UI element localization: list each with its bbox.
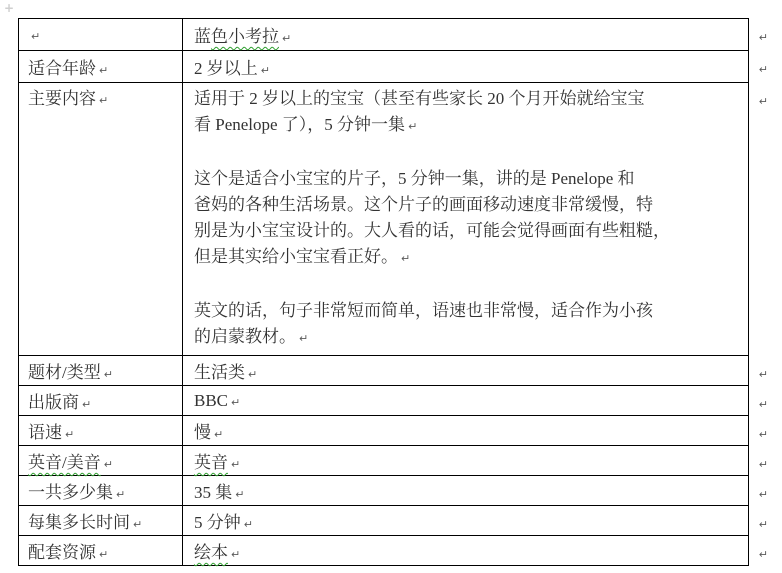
row-value-cell-main-content[interactable]: 适用于 2 岁以上的宝宝（甚至有些家长 20 个月开始就给宝宝 看 Penelo… <box>182 83 748 356</box>
text-segment: 适用于 2 岁以上的宝宝（甚至有些家长 20 个月开始就给宝宝 看 Penelo… <box>194 89 645 134</box>
table-row-episode-count: 一共多少集↵35 集↵↵ <box>19 476 782 506</box>
row-label-cell-title[interactable]: ↵ <box>19 19 183 51</box>
text-segment: 英文的话，句子非常短而简单，语速也非常慢，适合作为小孩 的启蒙教材。 <box>194 301 653 346</box>
end-of-row-mark: ↵ <box>759 428 768 441</box>
row-value-cell-title[interactable]: 蓝色小考拉↵ <box>182 19 748 51</box>
outside-row-gutter: ↵ <box>748 476 781 506</box>
end-of-cell-mark: ↵ <box>248 368 257 381</box>
outside-row-gutter: ↵ <box>748 536 781 566</box>
text-segment: 慢 <box>194 423 211 442</box>
end-of-cell-mark: ↵ <box>82 398 91 411</box>
row-label-cell-publisher[interactable]: 出版商↵ <box>19 386 183 416</box>
paragraph-mark: ↵ <box>299 332 308 345</box>
end-of-cell-mark: ↵ <box>261 64 270 77</box>
row-label-cell-suitable-age[interactable]: 适合年龄↵ <box>19 51 183 83</box>
text-segment: 这个是适合小宝宝的片子，5 分钟一集，讲的是 Penelope 和 爸妈的各种生… <box>194 169 670 266</box>
end-of-row-mark: ↵ <box>759 398 768 411</box>
text-segment: 语速 <box>28 423 62 442</box>
row-label-cell-main-content[interactable]: 主要内容↵ <box>19 83 183 356</box>
row-value-cell-genre-type[interactable]: 生活类↵ <box>182 356 748 386</box>
end-of-cell-mark: ↵ <box>31 30 40 43</box>
spellcheck-flagged-text: 色小考拉 <box>211 27 279 46</box>
outside-row-gutter: ↵ <box>748 506 781 536</box>
paragraph-mark: ↵ <box>408 120 417 133</box>
spellcheck-flagged-text: 英音/美音 <box>28 453 101 472</box>
end-of-cell-mark: ↵ <box>104 368 113 381</box>
table-row-main-content: 主要内容↵适用于 2 岁以上的宝宝（甚至有些家长 20 个月开始就给宝宝 看 P… <box>19 83 782 356</box>
row-value-cell-publisher[interactable]: BBC↵ <box>182 386 748 416</box>
text-segment: 35 集 <box>194 483 232 502</box>
content-paragraph: 这个是适合小宝宝的片子，5 分钟一集，讲的是 Penelope 和 爸妈的各种生… <box>194 166 740 272</box>
outside-row-gutter: ↵ <box>748 446 781 476</box>
paragraph-mark: ↵ <box>401 252 410 265</box>
outside-row-gutter: ↵ <box>748 83 781 356</box>
text-segment: 题材/类型 <box>28 363 101 382</box>
row-label-cell-genre-type[interactable]: 题材/类型↵ <box>19 356 183 386</box>
end-of-cell-mark: ↵ <box>65 428 74 441</box>
end-of-row-mark: ↵ <box>759 31 768 44</box>
end-of-row-mark: ↵ <box>759 518 768 531</box>
end-of-cell-mark: ↵ <box>116 488 125 501</box>
content-paragraph: 适用于 2 岁以上的宝宝（甚至有些家长 20 个月开始就给宝宝 看 Penelo… <box>194 86 740 140</box>
row-value-cell-episode-count[interactable]: 35 集↵ <box>182 476 748 506</box>
text-segment: 出版商 <box>28 393 79 412</box>
text-segment: 蓝 <box>194 27 211 46</box>
text-segment: 2 岁以上 <box>194 59 258 78</box>
row-value-cell-suitable-age[interactable]: 2 岁以上↵ <box>182 51 748 83</box>
row-value-cell-companion-resources[interactable]: 绘本↵ <box>182 536 748 566</box>
outside-row-gutter: ↵ <box>748 386 781 416</box>
outside-row-gutter: ↵ <box>748 356 781 386</box>
table-move-handle-icon[interactable]: + <box>4 1 14 15</box>
row-value-cell-speech-speed[interactable]: 慢↵ <box>182 416 748 446</box>
table-row-suitable-age: 适合年龄↵2 岁以上↵↵ <box>19 51 782 83</box>
end-of-cell-mark: ↵ <box>231 458 240 471</box>
outside-row-gutter: ↵ <box>748 416 781 446</box>
spellcheck-flagged-text: 英音 <box>194 453 228 472</box>
end-of-cell-mark: ↵ <box>99 64 108 77</box>
info-table-body: ↵蓝色小考拉↵↵适合年龄↵2 岁以上↵↵主要内容↵适用于 2 岁以上的宝宝（甚至… <box>19 19 782 566</box>
content-paragraph: 英文的话，句子非常短而简单，语速也非常慢，适合作为小孩 的启蒙教材。↵ <box>194 298 740 352</box>
end-of-row-mark: ↵ <box>759 368 768 381</box>
text-segment: 生活类 <box>194 363 245 382</box>
end-of-cell-mark: ↵ <box>235 488 244 501</box>
info-table: ↵蓝色小考拉↵↵适合年龄↵2 岁以上↵↵主要内容↵适用于 2 岁以上的宝宝（甚至… <box>18 18 782 566</box>
end-of-row-mark: ↵ <box>759 548 768 561</box>
text-segment: BBC <box>194 391 228 410</box>
end-of-cell-mark: ↵ <box>104 458 113 471</box>
end-of-cell-mark: ↵ <box>133 518 142 531</box>
table-row-speech-speed: 语速↵慢↵↵ <box>19 416 782 446</box>
outside-row-gutter: ↵ <box>748 19 781 51</box>
word-document-page: { "marks": { "paragraph_mark": "↵", "mov… <box>0 0 782 573</box>
end-of-cell-mark: ↵ <box>231 548 240 561</box>
end-of-cell-mark: ↵ <box>214 428 223 441</box>
end-of-cell-mark: ↵ <box>231 396 240 409</box>
row-value-cell-episode-length[interactable]: 5 分钟↵ <box>182 506 748 536</box>
text-segment: 配套资源 <box>28 543 96 562</box>
table-row-companion-resources: 配套资源↵绘本↵↵ <box>19 536 782 566</box>
text-segment: 每集多长时间 <box>28 513 130 532</box>
table-row-title: ↵蓝色小考拉↵↵ <box>19 19 782 51</box>
row-value-cell-accent[interactable]: 英音↵ <box>182 446 748 476</box>
row-label-cell-episode-length[interactable]: 每集多长时间↵ <box>19 506 183 536</box>
end-of-row-mark: ↵ <box>759 488 768 501</box>
end-of-row-mark: ↵ <box>759 95 768 108</box>
outside-row-gutter: ↵ <box>748 51 781 83</box>
row-label-cell-episode-count[interactable]: 一共多少集↵ <box>19 476 183 506</box>
table-row-genre-type: 题材/类型↵生活类↵↵ <box>19 356 782 386</box>
text-segment: 5 分钟 <box>194 513 241 532</box>
end-of-cell-mark: ↵ <box>99 94 108 107</box>
text-segment: 一共多少集 <box>28 483 113 502</box>
row-label-cell-companion-resources[interactable]: 配套资源↵ <box>19 536 183 566</box>
end-of-cell-mark: ↵ <box>99 548 108 561</box>
end-of-row-mark: ↵ <box>759 63 768 76</box>
text-segment: 主要内容 <box>28 89 96 108</box>
row-label-cell-accent[interactable]: 英音/美音↵ <box>19 446 183 476</box>
end-of-cell-mark: ↵ <box>244 518 253 531</box>
end-of-row-mark: ↵ <box>759 458 768 471</box>
row-label-cell-speech-speed[interactable]: 语速↵ <box>19 416 183 446</box>
spellcheck-flagged-text: 绘本 <box>194 543 228 562</box>
table-row-episode-length: 每集多长时间↵5 分钟↵↵ <box>19 506 782 536</box>
table-row-accent: 英音/美音↵英音↵↵ <box>19 446 782 476</box>
table-row-publisher: 出版商↵BBC↵↵ <box>19 386 782 416</box>
end-of-cell-mark: ↵ <box>282 32 291 45</box>
text-segment: 适合年龄 <box>28 59 96 78</box>
